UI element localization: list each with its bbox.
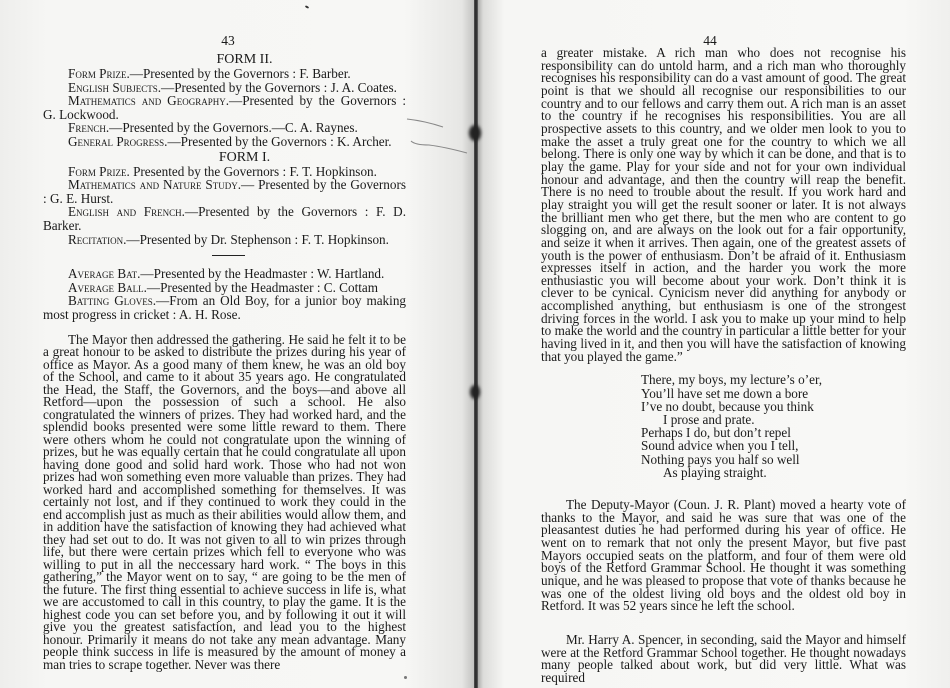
prize-entry: French.—Presented by the Governors.—C. A… bbox=[43, 121, 406, 135]
pencil-mark bbox=[405, 115, 475, 155]
prize-entry: Recitation.—Presented by Dr. Stephenson … bbox=[43, 233, 406, 247]
spencer-paragraph: Mr. Harry A. Spencer, in seconding, said… bbox=[541, 634, 906, 685]
page-number-left: 43 bbox=[208, 33, 248, 49]
spacer bbox=[541, 479, 906, 499]
poem-line: Nothing pays you half so well bbox=[541, 453, 906, 466]
section-divider bbox=[212, 255, 245, 256]
prize-entry: English and French.—Presented by the Gov… bbox=[43, 205, 406, 232]
spine-stain bbox=[470, 385, 480, 399]
form-i-prize-list: Form Prize. Presented by the Governors :… bbox=[43, 165, 406, 247]
prize-entry: Average Ball.—Presented by the Headmaste… bbox=[43, 281, 406, 295]
section-heading-form-ii: FORM II. bbox=[43, 52, 406, 67]
form-ii-prize-list: Form Prize.—Presented by the Governors :… bbox=[43, 67, 406, 149]
book-spine bbox=[474, 0, 478, 688]
prize-entry: English Subjects.—Presented by the Gover… bbox=[43, 81, 406, 95]
prize-entry: Form Prize. Presented by the Governors :… bbox=[43, 165, 406, 179]
prize-entry: Average Bat.—Presented by the Headmaster… bbox=[43, 267, 406, 281]
continuation-paragraph: a greater mistake. A rich man who does n… bbox=[541, 47, 906, 363]
section-heading-form-i: FORM I. bbox=[43, 150, 406, 165]
cricket-prize-list: Average Bat.—Presented by the Headmaster… bbox=[43, 267, 406, 321]
prize-entry: Form Prize.—Presented by the Governors :… bbox=[43, 67, 406, 81]
left-page-content: FORM II. Form Prize.—Presented by the Go… bbox=[43, 52, 406, 671]
spacer bbox=[541, 613, 906, 634]
poem-verse: There, my boys, my lecture’s o’er,You’ll… bbox=[541, 373, 906, 479]
mayor-address-paragraph: The Mayor then addressed the gathering. … bbox=[43, 334, 406, 672]
poem-line: There, my boys, my lecture’s o’er, bbox=[541, 373, 906, 386]
prize-category-label: English and French. bbox=[68, 204, 185, 219]
prize-recipient-text: —Presented by Dr. Stephenson : F. T. Hop… bbox=[126, 232, 389, 247]
prize-entry: Mathematics and Geography.—Presented by … bbox=[43, 94, 406, 121]
prize-category-label: General Progress. bbox=[68, 134, 167, 149]
prize-entry: General Progress.—Presented by the Gover… bbox=[43, 135, 406, 149]
prize-recipient-text: —Presented by the Governors : K. Archer. bbox=[167, 134, 391, 149]
right-page-content: a greater mistake. A rich man who does n… bbox=[541, 47, 906, 685]
prize-entry: Mathematics and Nature Study.— Presented… bbox=[43, 178, 406, 205]
prize-entry: Batting Gloves.—From an Old Boy, for a j… bbox=[43, 294, 406, 321]
poem-line: Sound advice when you I tell, bbox=[541, 439, 906, 452]
poem-line: As playing straight. bbox=[541, 466, 906, 479]
ink-speck bbox=[404, 676, 407, 679]
deputy-mayor-paragraph: The Deputy-Mayor (Coun. J. R. Plant) mov… bbox=[541, 499, 906, 613]
poem-line: You’ll have set me down a bore bbox=[541, 387, 906, 400]
prize-category-label: Recitation. bbox=[68, 232, 126, 247]
